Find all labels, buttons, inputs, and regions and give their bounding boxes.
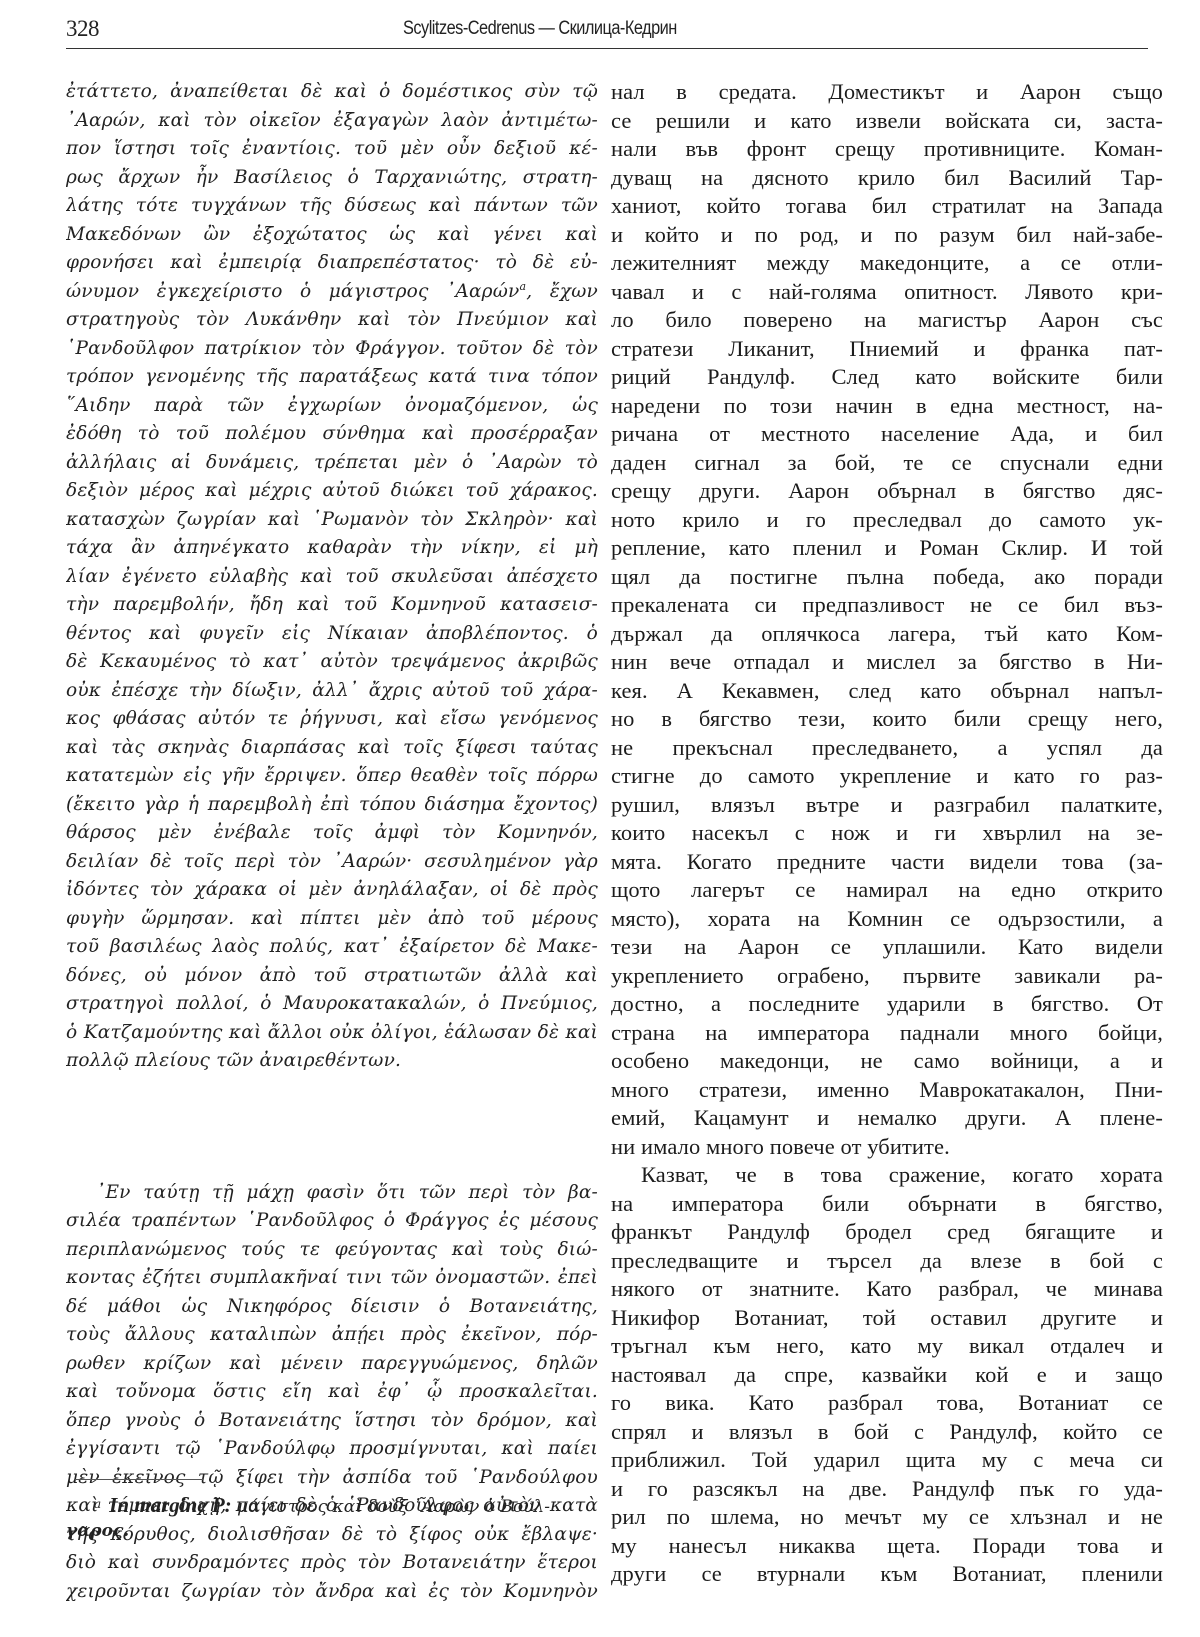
text-line: нин вече отпадал и мислел за бягство в Н… (611, 648, 1163, 677)
text-line: репление, като пленил и Роман Склир. И т… (611, 534, 1163, 563)
greek-paragraph-1: ἐτάττετο, ἀναπείθεται δὲ καὶ ὁ δομέστικο… (66, 78, 598, 1076)
text-line: κοντας ἐζήτει συμπλακῆναί τινι τῶν ὀνομα… (66, 1264, 598, 1293)
text-line: ῾Ρανδοῦλφον πατρίκιον τὸν Φράγγον. τοῦτο… (66, 335, 598, 364)
text-line: някого от знатните. Като разбрал, че мин… (611, 1275, 1163, 1304)
text-line: περιπλανώμενος τούς τε φεύγοντας καὶ τοὺ… (66, 1236, 598, 1265)
text-line: се решили и като извели войската си, зас… (611, 107, 1163, 136)
text-line: τὴν παρεμβολήν, ἤδη καὶ τοῦ Κομνηνοῦ κατ… (66, 591, 598, 620)
text-line: го вика. Като разбрал това, Вотаниат се (611, 1389, 1163, 1418)
text-line: рушил, влязъл вътре и разграбил палаткит… (611, 791, 1163, 820)
text-line: πον ἵστησι τοῖς ἐναντίοις. τοῦ μὲν οὖν δ… (66, 135, 598, 164)
text-line: приближил. Той ударил щита му с меча си (611, 1446, 1163, 1475)
text-line: τρόπον γενομένης τῆς παρατάξεως κατά τιν… (66, 363, 598, 392)
text-line: Μακεδόνων ὢν ἐξοχώτατος ὡς καὶ γένει καὶ (66, 221, 598, 250)
page-header: 328 Scylitzes-Cedrenus — Скилица-Кедрин (66, 14, 1166, 48)
text-line: στρατηγοὶ πολλοί, ὁ Μαυροκατακαλών, ὁ Πν… (66, 990, 598, 1019)
text-line: мята. Когато предните части видели това … (611, 848, 1163, 877)
text-line: други се втурнали към Вотаниат, пленили (611, 1560, 1163, 1589)
bulgarian-paragraph-2: Казват, че в това сражение, когато хорат… (611, 1161, 1163, 1589)
footnote-label: In margine P: (109, 1493, 232, 1517)
text-line: ρωθεν κρίζων καὶ μένειν παρεγγυώμενος, δ… (66, 1350, 598, 1379)
text-line: ни имало много повече от убитите. (611, 1133, 1163, 1162)
text-line: достно, а последните ударили в бягство. … (611, 990, 1163, 1019)
text-line: дуващ на дясното крило бил Василий Тар- (611, 164, 1163, 193)
text-line: ричана от местното население Ада, и бил (611, 420, 1163, 449)
text-line: кея. А Кекавмен, след като обърнал напъл… (611, 677, 1163, 706)
text-line: θέντος καὶ φυγεῖν εἰς Νίκαιαν ἀποβλέποντ… (66, 620, 598, 649)
text-line: чавал и с най-голяма опитност. Лявото кр… (611, 278, 1163, 307)
text-line: стратези Ликанит, Пниемий и франка пат- (611, 335, 1163, 364)
text-line: срещу други. Аарон обърнал в бягство дяс… (611, 477, 1163, 506)
text-line: τοὺς ἄλλους καταλιπὼν ἀπῄει πρὸς ἐκεῖνον… (66, 1321, 598, 1350)
text-line: ното крило и го преследвал до самото ук- (611, 506, 1163, 535)
text-line: държал да оплячкоса лагера, тъй като Ком… (611, 620, 1163, 649)
text-line: ὅπερ γνοὺς ὁ Βοτανειάτης ἵστησι τὸν δρόμ… (66, 1407, 598, 1436)
text-line: δέ μάθοι ὡς Νικηφόρος δίεισιν ὁ Βοτανειά… (66, 1293, 598, 1322)
text-line: място), хората на Комнин се одързостили,… (611, 905, 1163, 934)
text-line: ханиот, който тогава бил стратилат на За… (611, 192, 1163, 221)
text-line: ἐδόθη τὸ τοῦ πολέμου σύνθημα καὶ προσέρρ… (66, 420, 598, 449)
text-segment: , ἔχων (526, 281, 598, 302)
page-number: 328 (66, 16, 99, 42)
footnote-rule (75, 1479, 203, 1480)
text-line: ло било поверено на магистър Аарон със (611, 306, 1163, 335)
text-line: δειλίαν δὲ τοῖς περὶ τὸν ᾿Ααρών· σεσυλημ… (66, 848, 598, 877)
text-line: λάτης τότε τυγχάνων τῆς δύσεως καὶ πάντω… (66, 192, 598, 221)
text-line: καὶ τὰς σκηνὰς διαρπάσας καὶ τοῖς ξίφεσι… (66, 734, 598, 763)
text-line: тези на Аарон се уплашили. Като видели (611, 933, 1163, 962)
text-line: χειροῦνται ζωγρίαν τὸν ἄνδρα καὶ ἐς τὸν … (66, 1578, 598, 1607)
greek-text-column: ἐτάττετο, ἀναπείθεται δὲ καὶ ὁ δομέστικο… (66, 78, 598, 1606)
text-line: σιλέα τραπέντων ῾Ρανδοῦλφος ὁ Φράγγος ἐς… (66, 1207, 598, 1236)
text-line: емий, Кацамунт и немалко други. А плене- (611, 1104, 1163, 1133)
text-line: франкът Рандулф бродел сред бягащите и (611, 1218, 1163, 1247)
text-line: λίαν ἐγένετο εὐλαβὴς καὶ τοῦ σκυλεῦσαι ἀ… (66, 563, 598, 592)
text-line: ἐτάττετο, ἀναπείθεται δὲ καὶ ὁ δομέστικο… (66, 78, 598, 107)
text-line: рил по шлема, но мечът му се хлъзнал и н… (611, 1503, 1163, 1532)
text-line: Казват, че в това сражение, когато хорат… (611, 1161, 1163, 1190)
text-line: нал в средата. Доместикът и Аарон също (611, 78, 1163, 107)
text-line: δὲ Κεκαυμένος τὸ κατ᾿ αὐτὸν τρεψάμενος ἀ… (66, 648, 598, 677)
text-line: преследващите и търсел да влезе в бой с (611, 1247, 1163, 1276)
text-line: му нанесъл никаква щета. Поради това и (611, 1532, 1163, 1561)
text-line: щото лагерът се намирал на едно открито (611, 876, 1163, 905)
text-line: наредени по този начин в една местност, … (611, 392, 1163, 421)
text-line: на императора били обърнати в бягство, (611, 1190, 1163, 1219)
text-line: ᾿Εν ταύτῃ τῇ μάχῃ φασὶν ὅτι τῶν περὶ τὸν… (66, 1179, 598, 1208)
text-line: ἰδόντες τὸν χάρακα οἱ μὲν ἀνηλάλαξαν, οἱ… (66, 876, 598, 905)
footnote-continuation: γαρος. (66, 1519, 598, 1543)
text-line: φρονήσει καὶ ἐμπειρίᾳ διαπρεπέστατος· τὸ… (66, 249, 598, 278)
text-line: δόνες, οὐ μόνον ἀπὸ τοῦ στρατιωτῶν ἀλλὰ … (66, 962, 598, 991)
text-line: ἀλλήλαις αἱ δυνάμεις, τρέπεται μὲν ὁ ᾿Αα… (66, 449, 598, 478)
text-line: не прекъснал преследването, а успял да (611, 734, 1163, 763)
text-line: (ἔκειτο γὰρ ἡ παρεμβολὴ ἐπὶ τόπου διάσημ… (66, 791, 598, 820)
footnote-line: aIn margine P: μάγιστρος καὶ δοὺξ ᾿Ααρὼν… (66, 1492, 598, 1519)
text-line: даден сигнал за бой, те се спуснали едни (611, 449, 1163, 478)
text-line: καὶ τοὔνομα ὅστις εἴη καὶ ἐφ᾿ ᾧ προσκαλε… (66, 1378, 598, 1407)
text-line: ᾿Ααρών, καὶ τὸν οἰκεῖον ἐξαγαγὼν λαὸν ἀν… (66, 107, 598, 136)
footnote-text: μάγιστρος καὶ δοὺξ ᾿Ααρὼν ὁ Βούλ- (237, 1497, 550, 1517)
text-line: но в бягство тези, които били срещу него… (611, 705, 1163, 734)
paragraph-gap (66, 1076, 598, 1179)
text-line: и го разсякъл на две. Рандулф пък го уда… (611, 1475, 1163, 1504)
text-segment: ώνυμον ἐγκεχείριστο ὁ μάγιστρος ᾿Ααρών (66, 281, 519, 302)
text-line: нали във фронт срещу противниците. Коман… (611, 135, 1163, 164)
text-line: укреплението ограбено, първите завикали … (611, 962, 1163, 991)
text-line: щял да постигне пълна победа, ако поради (611, 563, 1163, 592)
text-line: θάρσος μὲν ἐνέβαλε τοῖς ἀμφὶ τὸν Κομνηνό… (66, 819, 598, 848)
text-line: спрял и влязъл в бой с Рандулф, който се (611, 1418, 1163, 1447)
text-line: много стратези, именно Маврокатакалон, П… (611, 1076, 1163, 1105)
running-title: Scylitzes-Cedrenus — Скилица-Кедрин (403, 18, 677, 40)
bulgarian-translation-column: нал в средата. Доместикът и Аарон също с… (611, 78, 1163, 1589)
footnote-mark: a (66, 1497, 109, 1511)
text-line: οὐκ ἐπέσχε τὴν δίωξιν, ἀλλ᾿ ἄχρις αὐτοῦ … (66, 677, 598, 706)
text-line: κατασχὼν ζωγρίαν καὶ ῾Ρωμανὸν τὸν Σκληρὸ… (66, 506, 598, 535)
text-line: μὲν ἐκεῖνος τῷ ξίφει τὴν ἀσπίδα τοῦ ῾Ραν… (66, 1464, 598, 1493)
text-line-with-footnote-ref: ώνυμον ἐγκεχείριστο ὁ μάγιστρος ᾿Ααρώνa,… (66, 278, 598, 307)
text-line: δεξιὸν μέρος καὶ μέχρις αὐτοῦ διώκει τοῦ… (66, 477, 598, 506)
text-line: настоявал да спре, казвайки кой е и защо (611, 1361, 1163, 1390)
bulgarian-paragraph-1: нал в средата. Доместикът и Аарон също с… (611, 78, 1163, 1161)
text-line: πολλῷ πλείους τῶν ἀναιρεθέντων. (66, 1047, 598, 1076)
text-line: които насекъл с нож и ги хвърлил на зе- (611, 819, 1163, 848)
text-line: и който и по род, и по разум бил най-заб… (611, 221, 1163, 250)
text-line: τάχα ἂν ἀπηνέγκατο καθαρὰν τὴν νίκην, εἰ… (66, 534, 598, 563)
text-line: κος φθάσας αὐτόν τε ῥήγνυσι, καὶ εἴσω γε… (66, 705, 598, 734)
text-line: διὸ καὶ συνδραμόντες πρὸς τὸν Βοτανειάτη… (66, 1549, 598, 1578)
text-line: ἐγγίσαντι τῷ ῾Ρανδούλφῳ προσμίγνυται, κα… (66, 1435, 598, 1464)
text-line: φυγὴν ὥρμησαν. καὶ πίπτει μὲν ἀπὸ τοῦ μέ… (66, 905, 598, 934)
text-line: Никифор Вотаниат, той оставил другите и (611, 1304, 1163, 1333)
text-line: тръгнал към него, като му викал отдалеч … (611, 1332, 1163, 1361)
header-rule (66, 48, 1148, 49)
text-line: прекалената си предпазливост не се бил в… (611, 591, 1163, 620)
text-line: особено македонци, не само войници, а и (611, 1047, 1163, 1076)
footnote: aIn margine P: μάγιστρος καὶ δοὺξ ᾿Ααρὼν… (66, 1492, 598, 1543)
text-line: страна на императора паднали много бойци… (611, 1019, 1163, 1048)
text-line: ῞Αιδην παρὰ τῶν ἐγχωρίων ὀνομαζόμενον, ὡ… (66, 392, 598, 421)
text-line: риций Рандулф. След като войските били (611, 363, 1163, 392)
text-line: ὁ Κατζαμούντης καὶ ἄλλοι οὐκ ὀλίγοι, ἑάλ… (66, 1019, 598, 1048)
text-line: τοῦ βασιλέως λαὸς πολύς, κατ᾿ ἐξαίρετον … (66, 933, 598, 962)
text-line: стигне до самото укрепление и като го ра… (611, 762, 1163, 791)
text-line: στρατηγοὺς τὸν Λυκάνθην καὶ τὸν Πνεύμιον… (66, 306, 598, 335)
text-line: ρως ἄρχων ἦν Βασίλειος ὁ Ταρχανιώτης, στ… (66, 164, 598, 193)
text-line: κατατεμὼν εἰς γῆν ἔρριψεν. ὅπερ θεαθὲν τ… (66, 762, 598, 791)
text-line: лежителният между македонците, а се отли… (611, 249, 1163, 278)
